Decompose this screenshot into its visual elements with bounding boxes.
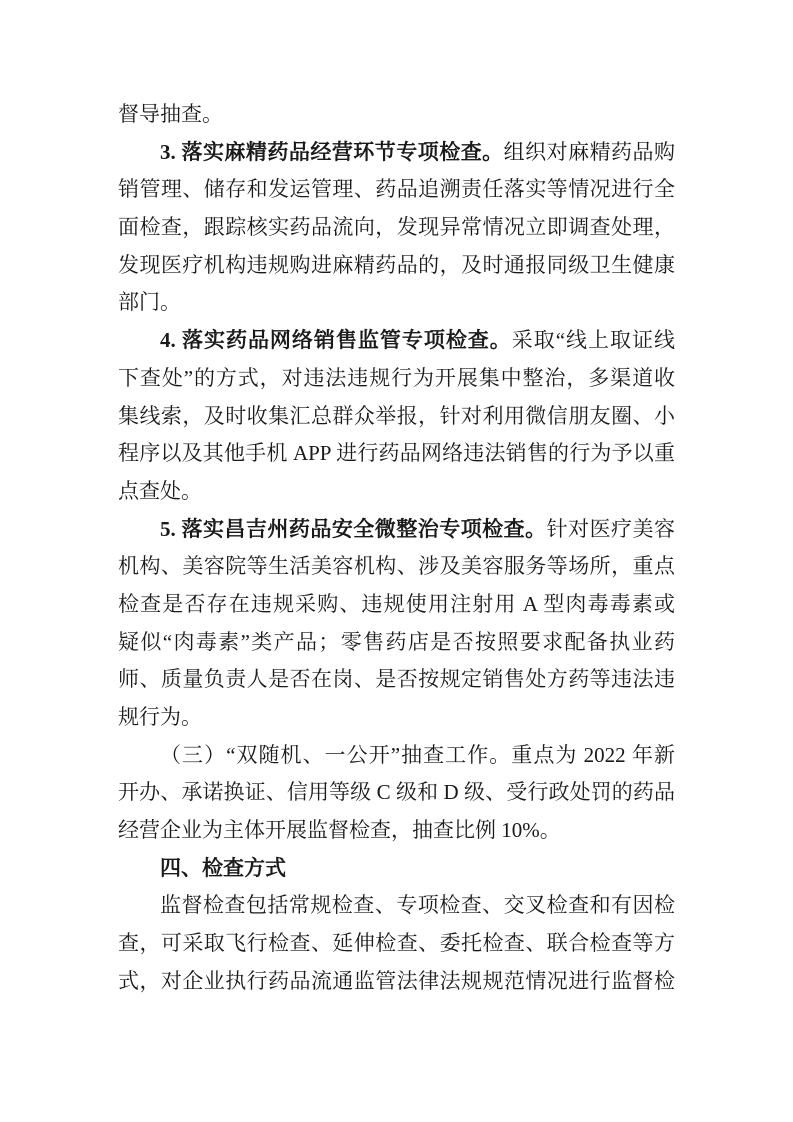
- text-segment: 规行为。: [118, 705, 202, 729]
- text-line: 式，对企业执行药品流通监管法律法规规范情况进行监督检: [118, 963, 675, 1001]
- text-segment: 针对医疗美容: [547, 517, 675, 541]
- text-line: 销管理、储存和发运管理、药品追溯责任落实等情况进行全: [118, 171, 675, 209]
- text-segment: 师、质量负责人是否在岗、是否按规定销售处方药等违法违: [118, 667, 675, 691]
- text-line: 面检查，跟踪核实药品流向，发现异常情况立即调查处理，: [118, 209, 675, 247]
- text-segment-bold: 5. 落实昌吉州药品安全微整治专项检查。: [160, 517, 547, 541]
- text-segment: 经营企业为主体开展监督检查，抽查比例 10%。: [118, 818, 561, 842]
- text-segment: 面检查，跟踪核实药品流向，发现异常情况立即调查处理，: [118, 215, 675, 239]
- text-segment: 集线索，及时收集汇总群众举报，针对利用微信朋友圈、小: [118, 404, 675, 428]
- text-segment: 查，可采取飞行检查、延伸检查、委托检查、联合检查等方: [118, 931, 675, 955]
- text-line: 检查是否存在违规采购、违规使用注射用 A 型肉毒毒素或: [118, 586, 675, 624]
- text-line: 经营企业为主体开展监督检查，抽查比例 10%。: [118, 812, 675, 850]
- text-segment-kai: （三）“双随机、一公开”抽查工作。: [160, 743, 511, 767]
- text-segment: 检查是否存在违规采购、违规使用注射用 A 型肉毒毒素或: [118, 592, 675, 616]
- text-segment: 销管理、储存和发运管理、药品追溯责任落实等情况进行全: [118, 177, 675, 201]
- text-segment: 疑似“肉毒素”类产品；零售药店是否按照要求配备执业药: [118, 630, 675, 654]
- text-segment-bold: 3. 落实麻精药品经营环节专项检查。: [160, 140, 504, 164]
- text-line: 集线索，及时收集汇总群众举报，针对利用微信朋友圈、小: [118, 398, 675, 436]
- text-segment: 发现医疗机构违规购进麻精药品的，及时通报同级卫生健康: [118, 253, 675, 277]
- text-line: 3. 落实麻精药品经营环节专项检查。组织对麻精药品购: [118, 134, 675, 172]
- text-line: 4. 落实药品网络销售监管专项检查。采取“线上取证线: [118, 322, 675, 360]
- text-segment: 点查处。: [118, 479, 202, 503]
- text-line: 四、检查方式: [118, 850, 675, 888]
- text-segment: 组织对麻精药品购: [504, 140, 675, 164]
- text-line: 开办、承诺换证、信用等级 C 级和 D 级、受行政处罚的药品: [118, 774, 675, 812]
- text-segment: 式，对企业执行药品流通监管法律法规规范情况进行监督检: [118, 969, 675, 993]
- text-segment-bold: 4. 落实药品网络销售监管专项检查。: [160, 328, 512, 352]
- text-segment: 监督检查包括常规检查、专项检查、交叉检查和有因检: [160, 893, 675, 917]
- text-line: 5. 落实昌吉州药品安全微整治专项检查。针对医疗美容: [118, 511, 675, 549]
- text-line: 机构、美容院等生活美容机构、涉及美容服务等场所，重点: [118, 548, 675, 586]
- text-segment: 下查处”的方式，对违法违规行为开展集中整治，多渠道收: [118, 366, 675, 390]
- text-segment: 程序以及其他手机 APP 进行药品网络违法销售的行为予以重: [118, 441, 675, 465]
- document-body: 督导抽查。3. 落实麻精药品经营环节专项检查。组织对麻精药品购销管理、储存和发运…: [118, 96, 675, 1001]
- text-segment: 开办、承诺换证、信用等级 C 级和 D 级、受行政处罚的药品: [118, 780, 675, 804]
- text-line: 监督检查包括常规检查、专项检查、交叉检查和有因检: [118, 887, 675, 925]
- text-line: 师、质量负责人是否在岗、是否按规定销售处方药等违法违: [118, 661, 675, 699]
- text-line: 下查处”的方式，对违法违规行为开展集中整治，多渠道收: [118, 360, 675, 398]
- text-line: 发现医疗机构违规购进麻精药品的，及时通报同级卫生健康: [118, 247, 675, 285]
- text-line: 程序以及其他手机 APP 进行药品网络违法销售的行为予以重: [118, 435, 675, 473]
- text-segment: 采取“线上取证线: [512, 328, 675, 352]
- text-line: （三）“双随机、一公开”抽查工作。重点为 2022 年新: [118, 737, 675, 775]
- text-line: 部门。: [118, 284, 675, 322]
- text-segment-hei: 四、检查方式: [160, 857, 286, 880]
- text-segment: 重点为 2022 年新: [511, 743, 675, 767]
- text-segment: 机构、美容院等生活美容机构、涉及美容服务等场所，重点: [118, 554, 675, 578]
- text-segment: 督导抽查。: [118, 102, 223, 126]
- document-page: 督导抽查。3. 落实麻精药品经营环节专项检查。组织对麻精药品购销管理、储存和发运…: [0, 0, 793, 1122]
- text-segment: 部门。: [118, 290, 181, 314]
- text-line: 规行为。: [118, 699, 675, 737]
- text-line: 查，可采取飞行检查、延伸检查、委托检查、联合检查等方: [118, 925, 675, 963]
- text-line: 疑似“肉毒素”类产品；零售药店是否按照要求配备执业药: [118, 624, 675, 662]
- text-line: 督导抽查。: [118, 96, 675, 134]
- text-line: 点查处。: [118, 473, 675, 511]
